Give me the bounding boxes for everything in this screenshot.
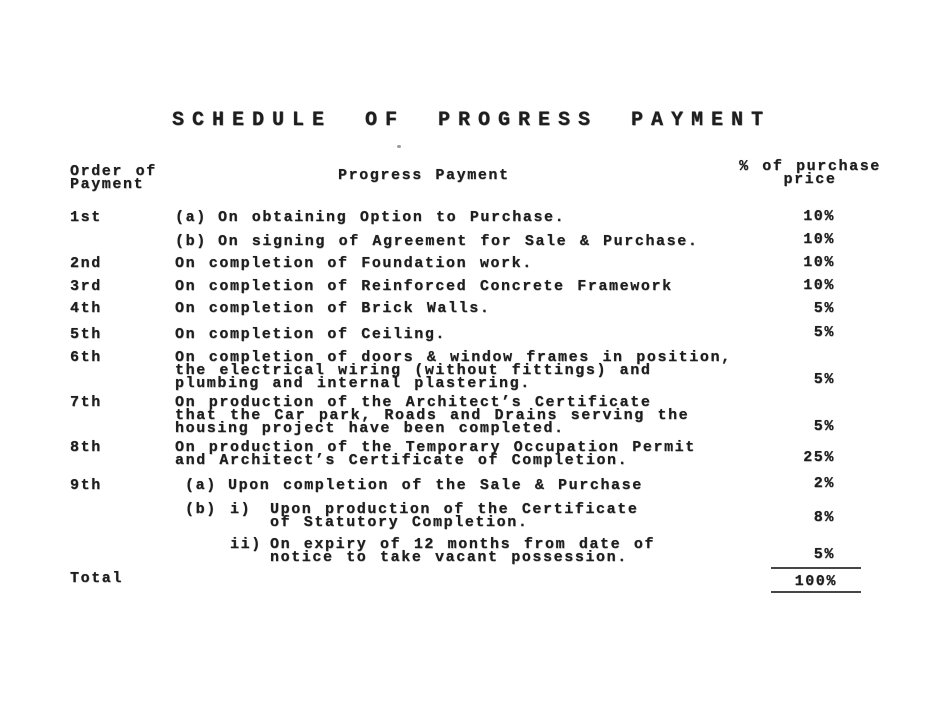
order-cell: 9th: [70, 479, 102, 492]
column-header-percent: % of purchase price: [735, 160, 885, 186]
percent-value: 10%: [803, 279, 835, 292]
percent-value: 8%: [814, 511, 835, 524]
percent-value: 10%: [803, 233, 835, 246]
order-cell: 7th: [70, 396, 102, 409]
payment-description: On production of the Temporary Occupatio…: [175, 441, 696, 467]
order-cell: 4th: [70, 302, 102, 315]
total-label: Total: [70, 572, 123, 585]
order-cell: 8th: [70, 441, 102, 454]
document-page: SCHEDULE OF PROGRESS PAYMENT Order of Pa…: [0, 0, 943, 717]
percent-value: 5%: [814, 326, 835, 339]
payment-description: Upon production of the Certificate of St…: [270, 503, 638, 529]
column-header-progress: Progress Payment: [338, 169, 510, 182]
percent-value: 5%: [814, 420, 835, 433]
description-line: Upon completion of the Sale & Purchase: [228, 479, 643, 492]
payment-description: On production of the Architect’s Certifi…: [175, 396, 689, 435]
item-submarker: ii): [230, 538, 262, 551]
payment-description: On completion of Foundation work.: [175, 257, 533, 270]
description-line: On completion of Brick Walls.: [175, 302, 490, 315]
description-line: On completion of Reinforced Concrete Fra…: [175, 280, 673, 293]
item-submarker: i): [230, 503, 251, 516]
description-line: On signing of Agreement for Sale & Purch…: [218, 235, 698, 248]
description-line: and Architect’s Certificate of Completio…: [175, 454, 696, 467]
percent-value: 5%: [814, 302, 835, 315]
item-marker: (a): [185, 479, 217, 492]
payment-description: On completion of doors & window frames i…: [175, 351, 732, 390]
description-line: On completion of Foundation work.: [175, 257, 533, 270]
percent-value: 10%: [803, 256, 835, 269]
payment-description: On signing of Agreement for Sale & Purch…: [218, 235, 698, 248]
payment-description: On expiry of 12 months from date of noti…: [270, 538, 655, 564]
item-marker: (b): [175, 235, 207, 248]
total-percent-value: 100%: [795, 575, 837, 588]
percent-value: 25%: [803, 451, 835, 464]
total-rule-top: [771, 567, 861, 569]
page-title: SCHEDULE OF PROGRESS PAYMENT: [0, 111, 943, 131]
description-line: On completion of Ceiling.: [175, 328, 446, 341]
order-cell: 1st: [70, 211, 102, 224]
column-header-order: Order of Payment: [70, 165, 157, 191]
total-rule-bottom: [771, 591, 861, 593]
payment-description: Upon completion of the Sale & Purchase: [228, 479, 643, 492]
percent-value: 10%: [803, 210, 835, 223]
order-cell: 3rd: [70, 280, 102, 293]
payment-description: On completion of Brick Walls.: [175, 302, 490, 315]
order-cell: 5th: [70, 328, 102, 341]
item-marker: (b): [185, 503, 217, 516]
scan-artifact-dot: [397, 145, 401, 148]
description-line: notice to take vacant possession.: [270, 551, 655, 564]
column-header-order-line2: Payment: [70, 178, 157, 191]
order-cell: 6th: [70, 351, 102, 364]
percent-value: 2%: [814, 477, 835, 490]
payment-description: On obtaining Option to Purchase.: [218, 211, 565, 224]
payment-description: On completion of Ceiling.: [175, 328, 446, 341]
percent-value: 5%: [814, 548, 835, 561]
item-marker: (a): [175, 211, 207, 224]
description-line: On obtaining Option to Purchase.: [218, 211, 565, 224]
percent-value: 5%: [814, 373, 835, 386]
payment-description: On completion of Reinforced Concrete Fra…: [175, 280, 673, 293]
order-cell: 2nd: [70, 257, 102, 270]
